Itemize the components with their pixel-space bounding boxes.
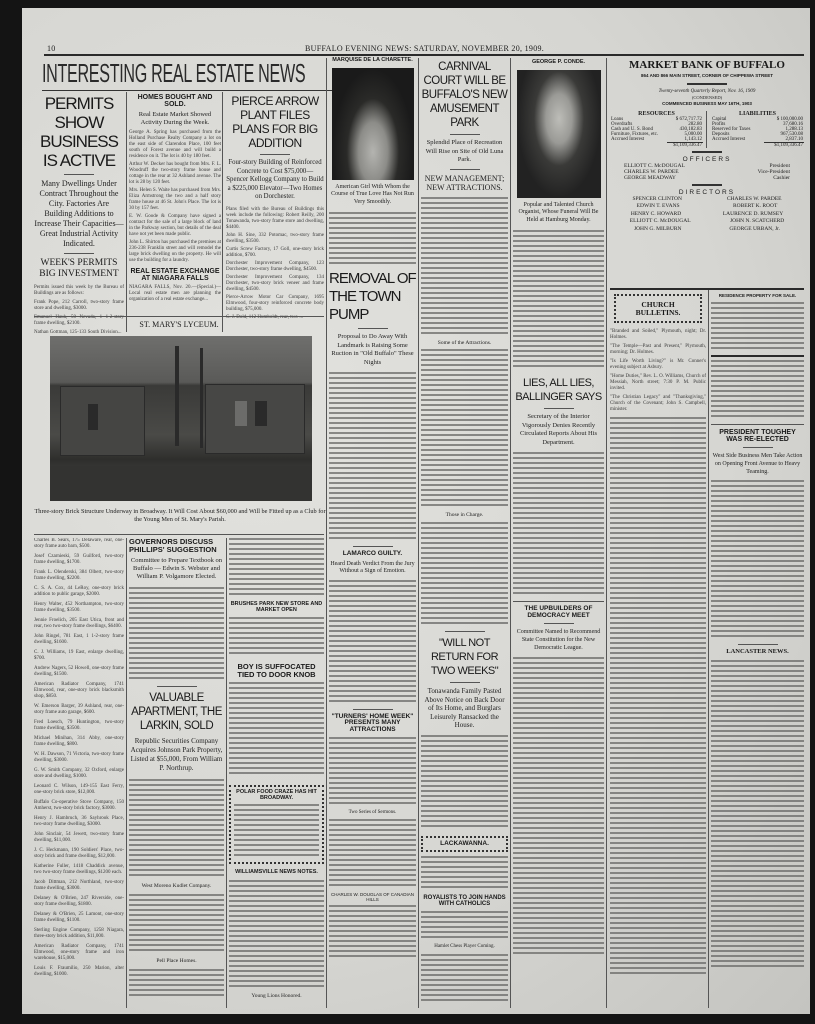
polar-headline: POLAR FOOD CRAZE HAS HIT BROADWAY. bbox=[234, 790, 319, 801]
deck: Committee to Prepare Textbook on Buffalo… bbox=[129, 557, 224, 581]
boy-headline: BOY IS SUFFOCATED TIED TO DOOR KNOB bbox=[229, 663, 324, 678]
col-divider bbox=[126, 92, 127, 332]
permit-item: Delaney & O'Brien, 247 Riverside, one-st… bbox=[34, 896, 124, 908]
page-number: 10 bbox=[47, 44, 56, 53]
permit-item: J. C. Heckmann, 190 Soldiers' Place, two… bbox=[34, 848, 124, 860]
headline: CARNIVAL COURT WILL BE BUFFALO'S NEW AMU… bbox=[421, 60, 508, 130]
newspaper-page: 10 BUFFALO EVENING NEWS: SATURDAY, NOVEM… bbox=[22, 8, 810, 1014]
church-banner-box: CHURCH BULLETINS. bbox=[614, 294, 702, 323]
liabilities-table: Capital$ 100,000.00 Profits37,680.16 Res… bbox=[711, 117, 804, 148]
body-text bbox=[129, 894, 224, 954]
body-text bbox=[421, 856, 508, 891]
will-not-return-deck: Tonawanda Family Pasted Above Notice on … bbox=[421, 687, 508, 730]
permit-item: Frank Pope, 212 Carroll, two-story frame… bbox=[34, 300, 124, 312]
body-text bbox=[513, 452, 604, 597]
body-text bbox=[329, 580, 416, 705]
permit-item: Jennie Froelich, 205 East Utica, front a… bbox=[34, 618, 124, 630]
section-head: Some of the Attractions. bbox=[421, 340, 508, 347]
body-text bbox=[129, 587, 224, 682]
permit-item: Henry J. Hambruch, 36 Sayhrook Place, tw… bbox=[34, 816, 124, 828]
intro: Permits issued this week by the Bureau o… bbox=[34, 285, 124, 297]
subhead: West Moreno Kudlet Company. bbox=[129, 883, 224, 890]
col-divider bbox=[418, 58, 419, 1008]
body-text bbox=[711, 660, 804, 970]
permit-item: Henry Walter, 452 Northampton, two-story… bbox=[34, 602, 124, 614]
director-row: ELLIOTT C. McDOUGALJOHN N. SCATCHERD bbox=[610, 218, 804, 226]
total-row: $1,109,336.47 bbox=[610, 142, 703, 148]
col-divider bbox=[510, 58, 511, 1008]
permit-item: Leonard C. Wilson, 149-155 East Ferry, o… bbox=[34, 784, 124, 796]
permit-item: C. J. Williams, 19 East, enlarge dwellin… bbox=[34, 650, 124, 662]
church-item: "Home Duties," Rev. L. O. Williams, Chur… bbox=[610, 374, 706, 392]
lackawanna-banner-box: LACKAWANNA. bbox=[421, 836, 508, 853]
body-text bbox=[229, 880, 324, 990]
liabilities: LIABILITIES Capital$ 100,000.00 Profits3… bbox=[711, 111, 804, 148]
lyceum-photo bbox=[50, 336, 312, 501]
article-permits: PERMITS SHOW BUSINESS IS ACTIVE Many Dwe… bbox=[34, 94, 124, 336]
body-text bbox=[711, 360, 804, 420]
niagara-text: NIAGARA FALLS, Nov. 20.—(Special.)—Local… bbox=[129, 285, 221, 303]
bank-statement: RESOURCES Loans$ 672,717.72 Overdrafts28… bbox=[610, 111, 804, 148]
subhead: Two Series of Sermons. bbox=[329, 810, 416, 816]
headline: PERMITS SHOW BUSINESS IS ACTIVE bbox=[34, 94, 124, 170]
masthead-rule bbox=[44, 54, 804, 56]
body-text bbox=[421, 197, 508, 337]
section-banner: INTERESTING REAL ESTATE NEWS bbox=[42, 58, 332, 88]
paragraph: George A. Spring has purchased from the … bbox=[129, 130, 221, 160]
body-text bbox=[421, 735, 508, 830]
permit-item: Michael Minihan, 314 Abby, one-story fra… bbox=[34, 736, 124, 748]
director-row: HENRY C. HOWARDLAURENCE D. RUMSEY bbox=[610, 211, 804, 219]
church-item: "The Temple—Past and Present," Plymouth,… bbox=[610, 344, 706, 356]
item: Dorchester Improvement Company, 123 Dorc… bbox=[226, 261, 324, 273]
residence-headline: RESIDENCE PROPERTY FOR SALE. bbox=[711, 294, 804, 299]
church-item: "Is Life Worth Living?" is Mr. Conner's … bbox=[610, 359, 706, 371]
right-column: RESIDENCE PROPERTY FOR SALE. PRESIDENT T… bbox=[711, 294, 804, 1008]
directors-list: SPENCER CLINTONCHARLES W. PARDEE EDWIN T… bbox=[610, 196, 804, 234]
turners-headline: "TURNERS' HOME WEEK" PRESENTS MANY ATTRA… bbox=[329, 714, 416, 734]
body-text bbox=[329, 212, 416, 264]
total-row: $1,109,336.47 bbox=[711, 142, 804, 148]
conde-label: GEORGE P. CONDE. bbox=[513, 60, 604, 66]
polar-box: POLAR FOOD CRAZE HAS HIT BROADWAY. bbox=[229, 785, 324, 864]
deck: Many Dwellings Under Contract Throughout… bbox=[34, 179, 124, 249]
permit-item: Frank L. Olenderski, 384 Olbert, two-sto… bbox=[34, 570, 124, 582]
col-divider bbox=[326, 58, 327, 1008]
upbuilders-deck: Committee Named to Recommend State Const… bbox=[513, 628, 604, 652]
body-text bbox=[129, 779, 224, 879]
permit-item: John Ringel, 781 East, 1 1-2-story frame… bbox=[34, 634, 124, 646]
col-divider bbox=[606, 58, 607, 1008]
permit-item: Jacob Dittman, 212 Northland, two-story … bbox=[34, 880, 124, 892]
permit-item: Andrew Nagers, 52 Howell, one-story fram… bbox=[34, 666, 124, 678]
resources: RESOURCES Loans$ 672,717.72 Overdrafts28… bbox=[610, 111, 707, 148]
permit-item: W. Emerson Barger, 39 Ashland, rear, one… bbox=[34, 704, 124, 716]
bank-ad: MARKET BANK OF BUFFALO 864 and 866 MAIN … bbox=[610, 60, 804, 286]
column-3-lower: BRUSHES PARK NEW STORE AND MARKET OPEN B… bbox=[229, 538, 324, 1008]
body-text bbox=[329, 819, 416, 889]
article-marquise: MARQUISE DE LA CHARETTE. American Girl W… bbox=[329, 58, 416, 960]
permits-continued: Charles B. Sears, 175 Delaware, rear, on… bbox=[34, 538, 124, 1008]
body-text bbox=[329, 737, 416, 807]
masthead-line: BUFFALO EVENING NEWS: SATURDAY, NOVEMBER… bbox=[305, 44, 544, 53]
lyceum-title: ST. MARY'S LYCEUM. bbox=[34, 320, 324, 329]
church-item: "Branded and Soiled," Plymouth, night; D… bbox=[610, 329, 706, 341]
deck: Splendid Place of Recreation Will Rise o… bbox=[421, 139, 508, 165]
body-text bbox=[234, 804, 319, 859]
bank-name: MARKET BANK OF BUFFALO bbox=[610, 60, 804, 71]
section-head: Those in Charge. bbox=[421, 512, 508, 519]
conde-portrait bbox=[517, 70, 601, 198]
paragraph: Arthur W. Decker has bought from Mrs. F.… bbox=[129, 162, 221, 186]
article-governors: GOVERNORS DISCUSS PHILLIPS' SUGGESTION C… bbox=[129, 538, 224, 1008]
body-text bbox=[329, 372, 416, 542]
ogdens-headline: BRUSHES PARK NEW STORE AND MARKET OPEN bbox=[229, 602, 324, 613]
body-text bbox=[711, 302, 804, 352]
lackawanna-banner: LACKAWANNA. bbox=[426, 841, 503, 848]
permit-item: W. H. Dawson, 71 Victoria, two-story fra… bbox=[34, 752, 124, 764]
article-pierce-arrow: PIERCE ARROW PLANT FILES PLANS FOR BIG A… bbox=[226, 94, 324, 321]
lamarco-headline: LAMARCO GUILTY. bbox=[329, 551, 416, 558]
subhead: Young Lions Honored. bbox=[229, 993, 324, 1000]
toughey-deck: West Side Business Men Take Action on Op… bbox=[711, 452, 804, 476]
permit-item: Delaney & O'Brien, 25 Lamont, one-story … bbox=[34, 912, 124, 924]
headline: PIERCE ARROW PLANT FILES PLANS FOR BIG A… bbox=[226, 94, 324, 150]
body-text bbox=[421, 911, 508, 941]
headline: GOVERNORS DISCUSS PHILLIPS' SUGGESTION bbox=[129, 538, 224, 553]
permit-item: American Radiator Company, 1741 Elmwood,… bbox=[34, 682, 124, 700]
paragraph: Mrs. Helen S. Waite has purchased from M… bbox=[129, 188, 221, 212]
body-text bbox=[711, 480, 804, 640]
body-text bbox=[513, 657, 604, 957]
article-carnival: CARNIVAL COURT WILL BE BUFFALO'S NEW AMU… bbox=[421, 60, 508, 1004]
church-bulletins: CHURCH BULLETINS. "Branded and Soiled," … bbox=[610, 294, 706, 1008]
body-text bbox=[229, 682, 324, 777]
permit-item: C. S. A. Cox, 44 LeRoy, one-story brick … bbox=[34, 586, 124, 598]
lamarco-deck: Heard Death Verdict From the Jury Withou… bbox=[329, 561, 416, 576]
col-divider bbox=[226, 538, 227, 1008]
body-text bbox=[229, 538, 324, 598]
body-text bbox=[129, 969, 224, 999]
marquise-portrait bbox=[332, 68, 414, 180]
permit-item: Buffalo Co-operative Stove Company, 150 … bbox=[34, 800, 124, 812]
director-row: EDWIN T. EVANSROBERT K. ROOT bbox=[610, 203, 804, 211]
permit-item: American Radiator Company, 1741 Elmwood,… bbox=[34, 944, 124, 962]
bank-condensed: (CONDENSED) bbox=[610, 95, 804, 101]
item: Plans filed with the Bureau of Buildings… bbox=[226, 207, 324, 231]
lancaster-banner: LANCASTER NEWS. bbox=[711, 649, 804, 656]
body-text bbox=[513, 230, 604, 370]
permit-item: Katherine Fuller, 1418 Chaddick avenue, … bbox=[34, 864, 124, 876]
marquise-caption: American Girl With Whom the Course of Tr… bbox=[329, 184, 416, 207]
subhead: CHARLES W. DOUGLAS OF CANADIAN HILLS bbox=[329, 893, 416, 902]
body-text bbox=[421, 954, 508, 1004]
deck: Four-story Building of Reinforced Concre… bbox=[226, 159, 324, 202]
ballinger-deck: Secretary of the Interior Vigorously Den… bbox=[513, 413, 604, 447]
body-text bbox=[421, 522, 508, 627]
permit-item: John Sinclair, 54 Jewett, two-story fram… bbox=[34, 832, 124, 844]
deck: Real Estate Market Showed Activity Durin… bbox=[129, 111, 221, 127]
town-pump-headline: REMOVAL OF THE TOWN PUMP bbox=[329, 270, 416, 324]
paragraph: E. W. Goode & Company have signed a cont… bbox=[129, 214, 221, 238]
paragraph: John L. Shirton has purchased the premis… bbox=[129, 240, 221, 264]
item: Dorchester Improvement Company, 134 Dorc… bbox=[226, 275, 324, 293]
permit-item: Louis F. Fraumilio, 250 Marion, alter dw… bbox=[34, 966, 124, 978]
body-text bbox=[229, 617, 324, 657]
town-pump-deck: Proposal to Do Away With Landmark is Rai… bbox=[329, 333, 416, 367]
niagara-headline: REAL ESTATE EXCHANGE AT NIAGARA FALLS bbox=[129, 268, 221, 282]
permit-item: G. W. Smith Company, 32 Oxford, enlarge … bbox=[34, 768, 124, 780]
ballinger-headline: LIES, ALL LIES, BALLINGER SAYS bbox=[513, 376, 604, 404]
officer-row: GEORGE MEADWAYCashier bbox=[624, 175, 790, 181]
item: Pierce-Arrow Motor Car Company, 1695 Elm… bbox=[226, 295, 324, 313]
church-banner: CHURCH BULLETINS. bbox=[621, 301, 695, 316]
resources-table: Loans$ 672,717.72 Overdrafts282.80 Cash … bbox=[610, 117, 703, 148]
officers-label: OFFICERS bbox=[610, 156, 804, 163]
bank-address: 864 and 866 MAIN STREET, CORNER OF CHIPP… bbox=[610, 74, 804, 79]
article-conde: GEORGE P. CONDE. Popular and Talented Ch… bbox=[513, 60, 604, 957]
item: Curtis Screw Factory, 17 Goll, one-story… bbox=[226, 247, 324, 259]
church-item: "The Christian Legacy" and "Thanksgiving… bbox=[610, 395, 706, 413]
lyceum-caption: Three-story Brick Structure Underway in … bbox=[34, 508, 326, 524]
will-not-return-headline: "WILL NOT RETURN FOR TWO WEEKS" bbox=[421, 636, 508, 678]
headline: HOMES BOUGHT AND SOLD. bbox=[129, 94, 221, 108]
permit-item: Sterling Engine Company, 1258 Niagara, t… bbox=[34, 928, 124, 940]
col-divider bbox=[708, 288, 709, 1008]
article-homes-bought: HOMES BOUGHT AND SOLD. Real Estate Marke… bbox=[129, 94, 221, 303]
subhead: Pell Place Homes. bbox=[129, 958, 224, 965]
upbuilders-headline: THE UPBUILDERS OF DEMOCRACY MEET bbox=[513, 606, 604, 619]
toughey-headline: PRESIDENT TOUGHEY WAS RE-ELECTED bbox=[711, 429, 804, 443]
body-text bbox=[421, 349, 508, 509]
royalists-headline: ROYALISTS TO JOIN HANDS WITH CATHOLICS bbox=[421, 895, 508, 907]
director-row: JOHN G. MILBURNGEORGE URBAN, Jr. bbox=[610, 226, 804, 234]
body-text bbox=[610, 417, 706, 977]
banner-rule bbox=[42, 90, 332, 91]
directors-label: DIRECTORS bbox=[610, 189, 804, 196]
body-text bbox=[329, 905, 416, 960]
subhead: WEEK'S PERMITS BIG INVESTMENT bbox=[34, 258, 124, 280]
bank-commenced: COMMENCED BUSINESS MAY 16th, 1903 bbox=[610, 102, 804, 107]
col-divider bbox=[222, 92, 223, 332]
item: John H. Sine, 332 Potomac, two-story fra… bbox=[226, 233, 324, 245]
subhead: NEW MANAGEMENT; NEW ATTRACTIONS. bbox=[421, 174, 508, 192]
subhead: Hamlet Chess Player Coming. bbox=[421, 944, 508, 950]
director-row: SPENCER CLINTONCHARLES W. PARDEE bbox=[610, 196, 804, 204]
officers-list: ELLIOTT C. McDOUGALPresident CHARLES W. … bbox=[610, 163, 804, 181]
valuable-deck: Republic Securities Company Acquires Joh… bbox=[129, 737, 224, 773]
col-divider bbox=[126, 538, 127, 1008]
permit-item: Charles B. Sears, 175 Delaware, rear, on… bbox=[34, 538, 124, 550]
valuable-headline: VALUABLE APARTMENT, THE LARKIN, SOLD bbox=[129, 691, 224, 733]
permit-item: Josef Czarnieski, 59 Guilford, two-story… bbox=[34, 554, 124, 566]
permit-item: Fred Loesch, 79 Huntington, two-story fr… bbox=[34, 720, 124, 732]
williamsville-headline: WILLIAMSVILLE NEWS NOTES. bbox=[229, 870, 324, 876]
marquise-label: MARQUISE DE LA CHARETTE. bbox=[329, 58, 416, 64]
conde-caption: Popular and Talented Church Organist, Wh… bbox=[513, 202, 604, 225]
